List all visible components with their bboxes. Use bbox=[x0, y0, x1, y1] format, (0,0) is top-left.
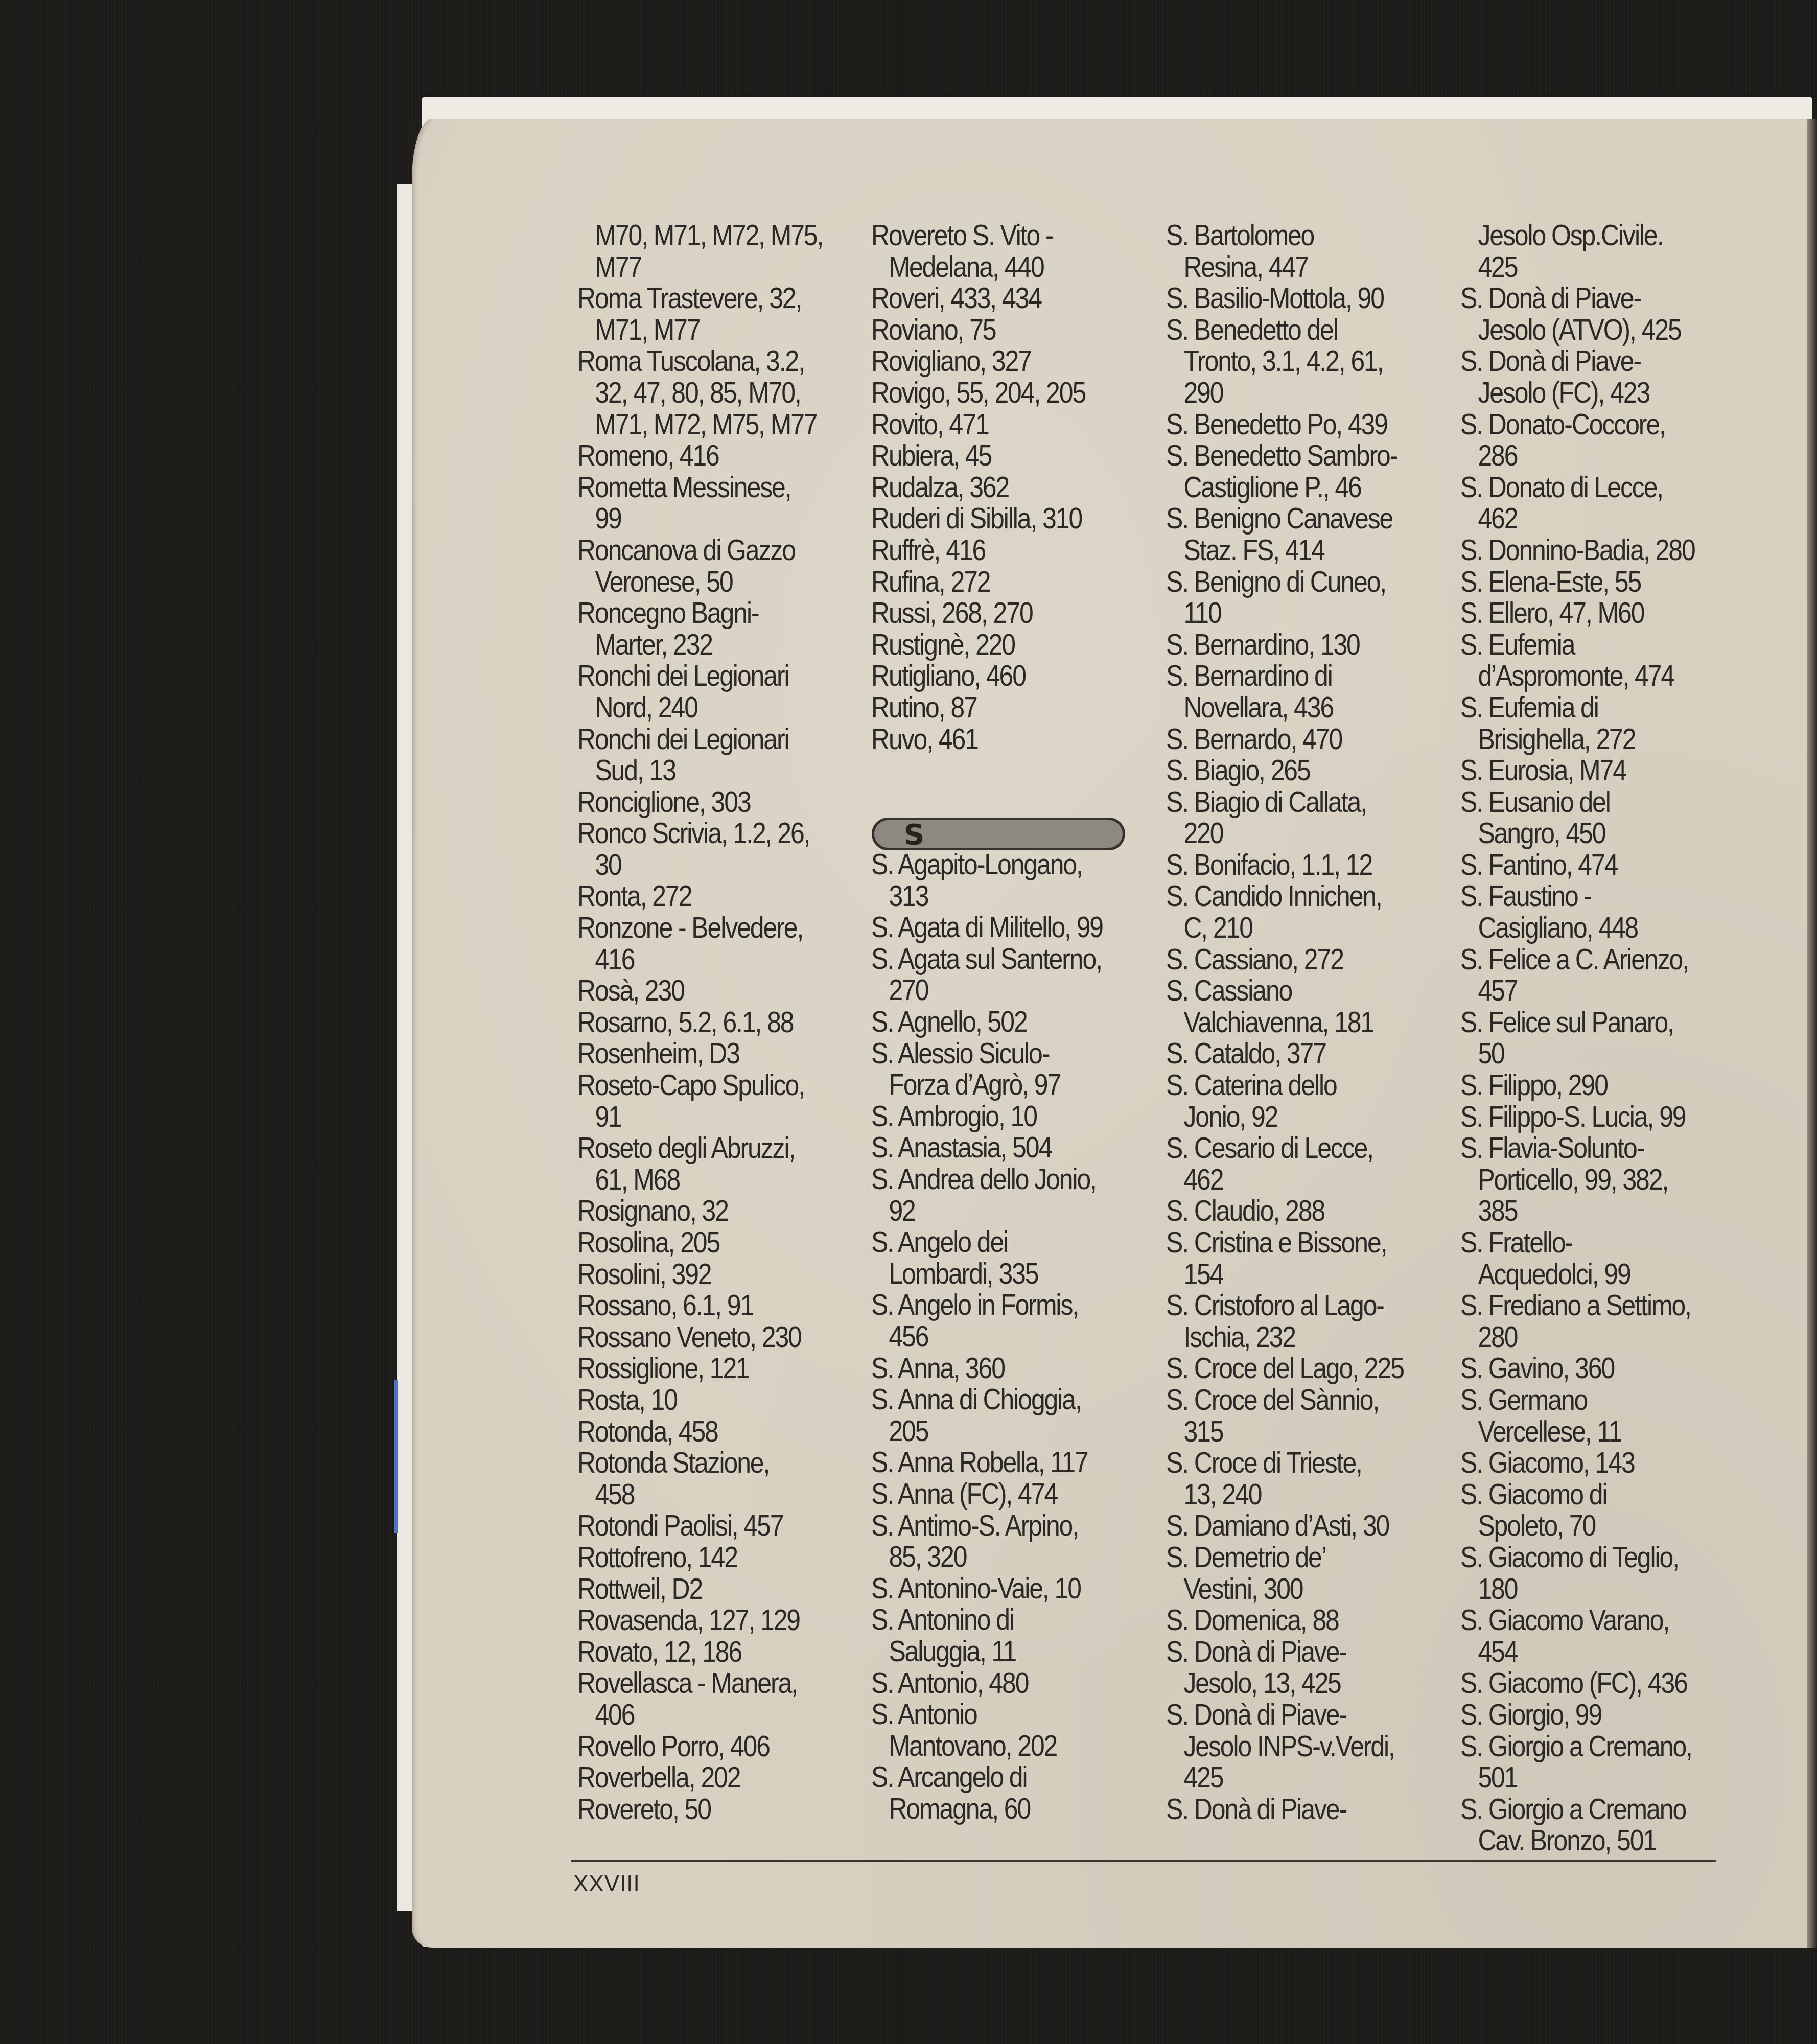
entry-name: S. Cristina e Bissone, bbox=[1166, 1227, 1412, 1259]
index-entry: S. Benedetto Sambro-Castiglione P., 46 bbox=[1166, 440, 1452, 503]
entry-name: S. Damiano d’Asti, 30 bbox=[1166, 1510, 1412, 1542]
index-entry: S. Ellero, 47, M60 bbox=[1460, 597, 1746, 629]
entry-continuation: C, 210 bbox=[1166, 912, 1412, 944]
entry-continuation: Brisighella, 272 bbox=[1460, 724, 1707, 755]
entry-name: S. Ambrogio, 10 bbox=[871, 1101, 1117, 1132]
entry-name: S. Eufemia di bbox=[1460, 692, 1707, 724]
index-entry: S. Benigno di Cuneo,110 bbox=[1166, 566, 1452, 629]
entry-name: S. Giacomo (FC), 436 bbox=[1460, 1667, 1707, 1699]
entry-name: S. Bernardino, 130 bbox=[1166, 629, 1412, 661]
index-entry: S. Giacomo, 143 bbox=[1460, 1447, 1746, 1479]
index-entry: Ronciglione, 303 bbox=[577, 786, 864, 818]
entry-name: S. Germano bbox=[1460, 1384, 1707, 1416]
index-entry: S. Candido Innichen,C, 210 bbox=[1166, 880, 1452, 943]
entry-name: S. Giacomo Varano, bbox=[1460, 1605, 1707, 1636]
entry-name: S. Croce del Lago, 225 bbox=[1166, 1353, 1412, 1384]
entry-name: Rossano, 6.1, 91 bbox=[577, 1290, 824, 1321]
index-entry: Rosolina, 205 bbox=[577, 1227, 864, 1259]
entry-name: S. Demetrio de’ bbox=[1166, 1542, 1412, 1573]
entry-name: S. Cristoforo al Lago- bbox=[1166, 1290, 1412, 1321]
entry-name: Rosta, 10 bbox=[577, 1384, 824, 1416]
entry-name: Rovigliano, 327 bbox=[871, 345, 1117, 377]
entry-continuation: 458 bbox=[577, 1479, 824, 1511]
index-entry: S. Alessio Siculo-Forza d’Agrò, 97 bbox=[871, 1038, 1157, 1101]
index-entry: Roma Tuscolana, 3.2,32, 47, 80, 85, M70,… bbox=[577, 345, 864, 440]
entry-name: Rossano Veneto, 230 bbox=[577, 1321, 824, 1353]
entry-name: S. Frediano a Settimo, bbox=[1460, 1290, 1707, 1321]
entry-continuation: M70, M71, M72, M75, bbox=[577, 220, 824, 251]
entry-continuation: 85, 320 bbox=[871, 1541, 1117, 1573]
index-entry: S. Cristina e Bissone,154 bbox=[1166, 1227, 1452, 1290]
entry-name: S. Benedetto Sambro- bbox=[1166, 440, 1412, 472]
index-entry: S. Fantino, 474 bbox=[1460, 849, 1746, 881]
index-entry: S. BartolomeoResina, 447 bbox=[1166, 220, 1452, 283]
index-entry: Rosenheim, D3 bbox=[577, 1038, 864, 1070]
entry-name: Rovasenda, 127, 129 bbox=[577, 1605, 824, 1636]
entry-name: S. Eusanio del bbox=[1460, 786, 1707, 818]
index-entry: S. Donà di Piave-Jesolo (FC), 423 bbox=[1460, 345, 1746, 408]
entry-name: Roncegno Bagni- bbox=[577, 597, 824, 629]
index-entry: S. Filippo-S. Lucia, 99 bbox=[1460, 1101, 1746, 1133]
entry-name: S. Anna (FC), 474 bbox=[871, 1478, 1117, 1510]
entry-continuation: M71, M77 bbox=[577, 314, 824, 346]
entry-continuation: Sud, 13 bbox=[577, 755, 824, 786]
index-entry: Rotonda Stazione,458 bbox=[577, 1447, 864, 1510]
entry-name: S. Antonino di bbox=[871, 1604, 1117, 1636]
index-entry: Ruffrè, 416 bbox=[871, 535, 1157, 566]
index-entry: S. Arcangelo diRomagna, 60 bbox=[871, 1761, 1157, 1824]
entry-name: Rudalza, 362 bbox=[871, 472, 1117, 503]
index-entry: Rovasenda, 127, 129 bbox=[577, 1605, 864, 1636]
entry-continuation: Jesolo (ATVO), 425 bbox=[1460, 314, 1707, 346]
entry-continuation: 286 bbox=[1460, 440, 1707, 472]
entry-name: S. Antonino-Vaie, 10 bbox=[871, 1573, 1117, 1605]
entry-name: Rutigliano, 460 bbox=[871, 660, 1117, 692]
entry-continuation: Spoleto, 70 bbox=[1460, 1510, 1707, 1542]
index-entry: S. Anna, 360 bbox=[871, 1353, 1157, 1384]
entry-name: S. Donà di Piave- bbox=[1460, 345, 1707, 377]
entry-name: Roncanova di Gazzo bbox=[577, 535, 824, 566]
index-entry: S. AntonioMantovano, 202 bbox=[871, 1699, 1157, 1761]
entry-continuation: 457 bbox=[1460, 975, 1707, 1007]
index-entry: S. Giacomo di Teglio,180 bbox=[1460, 1542, 1746, 1605]
index-entry: Ruvo, 461 bbox=[871, 724, 1157, 755]
entry-name: S. Angelo dei bbox=[871, 1226, 1117, 1258]
entry-continuation: 92 bbox=[871, 1195, 1117, 1227]
entry-continuation: 61, M68 bbox=[577, 1164, 824, 1196]
index-entry: S. Donà di Piave-Jesolo (ATVO), 425 bbox=[1460, 283, 1746, 345]
entry-continuation: Jonio, 92 bbox=[1166, 1101, 1412, 1133]
index-entry: Ronchi dei LegionariNord, 240 bbox=[577, 660, 864, 723]
index-entry: S. Biagio, 265 bbox=[1166, 755, 1452, 786]
entry-continuation: Jesolo Osp.Civile. bbox=[1460, 220, 1707, 251]
index-entry: S. Angelo in Formis,456 bbox=[871, 1289, 1157, 1352]
index-entry: S. Andrea dello Jonio,92 bbox=[871, 1164, 1157, 1226]
footer-rule bbox=[571, 1860, 1716, 1862]
entry-name: Roviano, 75 bbox=[871, 314, 1117, 346]
entry-continuation: 416 bbox=[577, 944, 824, 975]
index-entry: Ruderi di Sibilla, 310 bbox=[871, 503, 1157, 535]
index-entry: Roncanova di GazzoVeronese, 50 bbox=[577, 535, 864, 597]
entry-continuation: Lombardi, 335 bbox=[871, 1258, 1117, 1290]
entry-continuation: 270 bbox=[871, 974, 1117, 1006]
index-entry: S. Donà di Piave- bbox=[1166, 1794, 1452, 1825]
index-entry: Rubiera, 45 bbox=[871, 440, 1157, 472]
entry-name: Roseto degli Abruzzi, bbox=[577, 1132, 824, 1164]
index-entry: S. Antonino diSaluggia, 11 bbox=[871, 1604, 1157, 1667]
index-entry: S. Flavia-Solunto-Porticello, 99, 382,38… bbox=[1460, 1132, 1746, 1227]
index-entry: S. Bernardo, 470 bbox=[1166, 724, 1452, 755]
entry-name: Ronzone - Belvedere, bbox=[577, 912, 824, 944]
index-entry: S. Basilio-Mottola, 90 bbox=[1166, 283, 1452, 314]
entry-continuation: Veronese, 50 bbox=[577, 566, 824, 598]
entry-name: S. Biagio, 265 bbox=[1166, 755, 1412, 786]
entry-continuation: 110 bbox=[1166, 597, 1412, 629]
entry-name: S. Eufemia bbox=[1460, 629, 1707, 661]
entry-continuation: Acquedolci, 99 bbox=[1460, 1259, 1707, 1290]
entry-name: Romeno, 416 bbox=[577, 440, 824, 472]
entry-name: S. Andrea dello Jonio, bbox=[871, 1164, 1117, 1195]
index-entry: S. Bonifacio, 1.1, 12 bbox=[1166, 849, 1452, 881]
index-entry: S. Antimo-S. Arpino,85, 320 bbox=[871, 1510, 1157, 1573]
index-entry: Rovigo, 55, 204, 205 bbox=[871, 377, 1157, 409]
index-entry: Rotondi Paolisi, 457 bbox=[577, 1510, 864, 1542]
section-letter: S bbox=[904, 818, 924, 851]
entry-name: S. Agapito-Longano, bbox=[871, 849, 1117, 880]
entry-continuation: Tronto, 3.1, 4.2, 61, bbox=[1166, 345, 1412, 377]
index-entry: S. Demetrio de’Vestini, 300 bbox=[1166, 1542, 1452, 1605]
index-entry: Rosolini, 392 bbox=[577, 1259, 864, 1290]
index-entry: Rossano, 6.1, 91 bbox=[577, 1290, 864, 1321]
entry-name: S. Giacomo di bbox=[1460, 1479, 1707, 1511]
entry-name: Rutino, 87 bbox=[871, 692, 1117, 724]
entry-name: Rubiera, 45 bbox=[871, 440, 1117, 472]
entry-name: Rovereto S. Vito - bbox=[871, 220, 1117, 251]
index-entry: Rosta, 10 bbox=[577, 1384, 864, 1416]
entry-name: S. Fantino, 474 bbox=[1460, 849, 1707, 881]
entry-name: S. Donà di Piave- bbox=[1166, 1699, 1412, 1731]
entry-name: Rovello Porro, 406 bbox=[577, 1731, 824, 1762]
entry-name: Ruffrè, 416 bbox=[871, 535, 1117, 566]
entry-continuation: Nord, 240 bbox=[577, 692, 824, 724]
entry-continuation: 462 bbox=[1460, 503, 1707, 535]
entry-name: S. Elena-Este, 55 bbox=[1460, 566, 1707, 598]
index-entry: Rovito, 471 bbox=[871, 409, 1157, 440]
entry-continuation: M71, M72, M75, M77 bbox=[577, 409, 824, 440]
entry-name: Rotonda Stazione, bbox=[577, 1447, 824, 1479]
entry-name: S. Bartolomeo bbox=[1166, 220, 1412, 251]
entry-continuation: 180 bbox=[1460, 1573, 1707, 1605]
entry-name: S. Croce di Trieste, bbox=[1166, 1447, 1412, 1479]
entry-continuation: 456 bbox=[871, 1321, 1117, 1353]
index-entry: Roviano, 75 bbox=[871, 314, 1157, 346]
index-entry: Rufina, 272 bbox=[871, 566, 1157, 598]
index-entry: Rosignano, 32 bbox=[577, 1195, 864, 1227]
entry-continuation: Mantovano, 202 bbox=[871, 1730, 1117, 1762]
entry-continuation: Saluggia, 11 bbox=[871, 1636, 1117, 1667]
entry-name: S. Agata di Militello, 99 bbox=[871, 912, 1117, 943]
index-entry: Rosarno, 5.2, 6.1, 88 bbox=[577, 1007, 864, 1038]
entry-continuation: 154 bbox=[1166, 1259, 1412, 1290]
entry-name: S. Donnino-Badia, 280 bbox=[1460, 535, 1707, 566]
index-entry: S. Eufemiad’Aspromonte, 474 bbox=[1460, 629, 1746, 692]
entry-continuation: Jesolo INPS-v.Verdi, bbox=[1166, 1731, 1412, 1762]
entry-name: S. Giacomo di Teglio, bbox=[1460, 1542, 1707, 1573]
entry-name: S. Giorgio a Cremano, bbox=[1460, 1731, 1707, 1762]
index-entry: S. CassianoValchiavenna, 181 bbox=[1166, 975, 1452, 1038]
entry-continuation: Jesolo (FC), 423 bbox=[1460, 377, 1707, 409]
entry-continuation: 99 bbox=[577, 503, 824, 535]
entry-name: S. Fratello- bbox=[1460, 1227, 1707, 1259]
entry-continuation: Porticello, 99, 382, bbox=[1460, 1164, 1707, 1196]
index-entry: S. Donato di Lecce,462 bbox=[1460, 472, 1746, 535]
index-entry: S. Donato-Coccore,286 bbox=[1460, 409, 1746, 472]
entry-name: Rovato, 12, 186 bbox=[577, 1636, 824, 1668]
index-entry: S. Anna di Chioggia,205 bbox=[871, 1384, 1157, 1447]
index-entry: S. GermanoVercellese, 11 bbox=[1460, 1384, 1746, 1447]
entry-name: S. Cassiano bbox=[1166, 975, 1412, 1007]
entry-name: S. Anna Robella, 117 bbox=[871, 1447, 1117, 1478]
entry-continuation: Vercellese, 11 bbox=[1460, 1416, 1707, 1448]
entry-name: S. Antonio bbox=[871, 1699, 1117, 1730]
index-entry: Roveri, 433, 434 bbox=[871, 283, 1157, 314]
entry-name: Rustignè, 220 bbox=[871, 629, 1117, 661]
entry-name: S. Anna di Chioggia, bbox=[871, 1384, 1117, 1415]
entry-name: Ruderi di Sibilla, 310 bbox=[871, 503, 1117, 535]
index-entry: S. Anna Robella, 117 bbox=[871, 1447, 1157, 1478]
entry-name: S. Croce del Sànnio, bbox=[1166, 1384, 1412, 1416]
entry-name: S. Giorgio a Cremano bbox=[1460, 1794, 1707, 1825]
index-entry: S. Agata di Militello, 99 bbox=[871, 912, 1157, 943]
index-entry: S. Donà di Piave-Jesolo, 13, 425 bbox=[1166, 1636, 1452, 1699]
entry-name: S. Bernardino di bbox=[1166, 660, 1412, 692]
entry-name: S. Antimo-S. Arpino, bbox=[871, 1510, 1117, 1542]
entry-continuation: 13, 240 bbox=[1166, 1479, 1412, 1511]
entry-name: S. Bernardo, 470 bbox=[1166, 724, 1412, 755]
index-entry: Rudalza, 362 bbox=[871, 472, 1157, 503]
entry-name: Rovereto, 50 bbox=[577, 1794, 824, 1825]
index-entry: Rovello Porro, 406 bbox=[577, 1731, 864, 1762]
index-entry: M70, M71, M72, M75,M77 bbox=[577, 220, 864, 283]
entry-name: S. Alessio Siculo- bbox=[871, 1038, 1117, 1070]
entry-name: S. Basilio-Mottola, 90 bbox=[1166, 283, 1412, 314]
entry-name: Rosolini, 392 bbox=[577, 1259, 824, 1290]
entry-name: S. Cassiano, 272 bbox=[1166, 944, 1412, 975]
index-entry: S. Elena-Este, 55 bbox=[1460, 566, 1746, 598]
entry-name: Roveri, 433, 434 bbox=[871, 283, 1117, 314]
index-entry: S. Anna (FC), 474 bbox=[871, 1478, 1157, 1510]
entry-name: Ronco Scrivia, 1.2, 26, bbox=[577, 818, 824, 849]
entry-continuation: Romagna, 60 bbox=[871, 1793, 1117, 1825]
index-entry: Rovigliano, 327 bbox=[871, 345, 1157, 377]
index-entry: Roseto degli Abruzzi,61, M68 bbox=[577, 1132, 864, 1195]
index-entry: S. Donnino-Badia, 280 bbox=[1460, 535, 1746, 566]
entry-continuation: d’Aspromonte, 474 bbox=[1460, 660, 1707, 692]
index-column-2: Rovereto S. Vito -Medelana, 440Roveri, 4… bbox=[871, 220, 1157, 1825]
entry-name: S. Anna, 360 bbox=[871, 1353, 1117, 1384]
entry-name: S. Filippo-S. Lucia, 99 bbox=[1460, 1101, 1707, 1133]
index-entry: Ronco Scrivia, 1.2, 26,30 bbox=[577, 818, 864, 880]
entry-name: Ruvo, 461 bbox=[871, 724, 1117, 755]
entry-continuation: 454 bbox=[1460, 1636, 1707, 1668]
entry-name: S. Benedetto Po, 439 bbox=[1166, 409, 1412, 440]
entry-name: Rosolina, 205 bbox=[577, 1227, 824, 1259]
entry-name: Rottofreno, 142 bbox=[577, 1542, 824, 1573]
index-entry: S. Anastasia, 504 bbox=[871, 1132, 1157, 1164]
section-header-s: S bbox=[872, 818, 1125, 850]
index-entry: S. Benedetto Po, 439 bbox=[1166, 409, 1452, 440]
entry-name: Roverbella, 202 bbox=[577, 1762, 824, 1794]
entry-continuation: Castiglione P., 46 bbox=[1166, 472, 1412, 503]
entry-continuation: M77 bbox=[577, 251, 824, 283]
index-entry: S. Domenica, 88 bbox=[1166, 1605, 1452, 1636]
entry-name: Rosà, 230 bbox=[577, 975, 824, 1007]
index-entry: S. Croce del Lago, 225 bbox=[1166, 1353, 1452, 1384]
entry-name: S. Gavino, 360 bbox=[1460, 1353, 1707, 1384]
entry-name: Rotonda, 458 bbox=[577, 1416, 824, 1448]
entry-name: S. Agata sul Santerno, bbox=[871, 943, 1117, 975]
entry-name: S. Donà di Piave- bbox=[1166, 1636, 1412, 1668]
index-entry: S. Damiano d’Asti, 30 bbox=[1166, 1510, 1452, 1542]
entry-name: S. Caterina dello bbox=[1166, 1070, 1412, 1101]
entry-name: Ronchi dei Legionari bbox=[577, 724, 824, 755]
index-entry: Jesolo Osp.Civile.425 bbox=[1460, 220, 1746, 283]
entry-name: Rotondi Paolisi, 457 bbox=[577, 1510, 824, 1542]
entry-name: S. Agnello, 502 bbox=[871, 1006, 1117, 1038]
entry-name: S. Eurosia, M74 bbox=[1460, 755, 1707, 786]
entry-name: Russi, 268, 270 bbox=[871, 597, 1117, 629]
index-entry: S. Felice sul Panaro,50 bbox=[1460, 1007, 1746, 1070]
index-entry: S. Angelo deiLombardi, 335 bbox=[871, 1226, 1157, 1289]
entry-continuation: Vestini, 300 bbox=[1166, 1573, 1412, 1605]
index-entry: S. Faustino -Casigliano, 448 bbox=[1460, 880, 1746, 943]
index-entry: Rometta Messinese,99 bbox=[577, 472, 864, 535]
index-entry: S. Frediano a Settimo,280 bbox=[1460, 1290, 1746, 1353]
entry-name: S. Claudio, 288 bbox=[1166, 1195, 1412, 1227]
index-entry: Romeno, 416 bbox=[577, 440, 864, 472]
entry-name: S. Cataldo, 377 bbox=[1166, 1038, 1412, 1070]
entry-name: S. Benigno di Cuneo, bbox=[1166, 566, 1412, 598]
index-entry: S. Agapito-Longano,313 bbox=[871, 849, 1157, 912]
entry-name: Ronciglione, 303 bbox=[577, 786, 824, 818]
index-entry: S. Giacomo diSpoleto, 70 bbox=[1460, 1479, 1746, 1542]
entry-name: S. Donato di Lecce, bbox=[1460, 472, 1707, 503]
entry-continuation: Valchiavenna, 181 bbox=[1166, 1007, 1412, 1038]
index-entry: S. Felice a C. Arienzo,457 bbox=[1460, 944, 1746, 1007]
entry-name: Rottweil, D2 bbox=[577, 1573, 824, 1605]
entry-name: Roma Tuscolana, 3.2, bbox=[577, 345, 824, 377]
index-entry: Rutino, 87 bbox=[871, 692, 1157, 724]
index-entry: Rossano Veneto, 230 bbox=[577, 1321, 864, 1353]
entry-name: S. Benigno Canavese bbox=[1166, 503, 1412, 535]
index-entry: Roverbella, 202 bbox=[577, 1762, 864, 1794]
entry-continuation: Staz. FS, 414 bbox=[1166, 535, 1412, 566]
entry-name: Ronchi dei Legionari bbox=[577, 660, 824, 692]
entry-name: S. Angelo in Formis, bbox=[871, 1289, 1117, 1321]
entry-continuation: 280 bbox=[1460, 1321, 1707, 1353]
entry-name: S. Arcangelo di bbox=[871, 1761, 1117, 1793]
entry-continuation: 205 bbox=[871, 1415, 1117, 1447]
index-entry: Rustignè, 220 bbox=[871, 629, 1157, 661]
entry-name: Rovellasca - Manera, bbox=[577, 1667, 824, 1699]
index-entry: Ronzone - Belvedere,416 bbox=[577, 912, 864, 975]
entry-name: S. Faustino - bbox=[1460, 880, 1707, 912]
entry-name: Ronta, 272 bbox=[577, 880, 824, 912]
index-entry: S. Bernardino diNovellara, 436 bbox=[1166, 660, 1452, 723]
entry-continuation: 290 bbox=[1166, 377, 1412, 409]
index-entry: S. Giacomo Varano,454 bbox=[1460, 1605, 1746, 1667]
entry-name: Rufina, 272 bbox=[871, 566, 1117, 598]
index-entry: S. Eurosia, M74 bbox=[1460, 755, 1746, 786]
entry-continuation: 91 bbox=[577, 1101, 824, 1133]
entry-continuation: 406 bbox=[577, 1699, 824, 1731]
index-entry: Rosà, 230 bbox=[577, 975, 864, 1007]
page-number: XXVIII bbox=[573, 1871, 640, 1897]
entry-continuation: 50 bbox=[1460, 1038, 1707, 1070]
entry-name: S. Bonifacio, 1.1, 12 bbox=[1166, 849, 1412, 881]
entry-name: S. Antonio, 480 bbox=[871, 1667, 1117, 1699]
entry-continuation: 30 bbox=[577, 849, 824, 881]
entry-name: Rosenheim, D3 bbox=[577, 1038, 824, 1070]
index-entry: S. Eusanio delSangro, 450 bbox=[1460, 786, 1746, 849]
index-entry: Rotonda, 458 bbox=[577, 1416, 864, 1448]
entry-name: Rovito, 471 bbox=[871, 409, 1117, 440]
index-entry: Rovellasca - Manera,406 bbox=[577, 1667, 864, 1730]
index-entry: S. Bernardino, 130 bbox=[1166, 629, 1452, 661]
entry-name: S. Donà di Piave- bbox=[1166, 1794, 1412, 1825]
index-entry: S. Agnello, 502 bbox=[871, 1006, 1157, 1038]
entry-continuation: Sangro, 450 bbox=[1460, 818, 1707, 849]
index-entry: S. Ambrogio, 10 bbox=[871, 1101, 1157, 1132]
index-entry: Rovereto S. Vito -Medelana, 440 bbox=[871, 220, 1157, 283]
entry-name: S. Filippo, 290 bbox=[1460, 1070, 1707, 1101]
entry-name: S. Donà di Piave- bbox=[1460, 283, 1707, 314]
index-entry: S. Cesario di Lecce,462 bbox=[1166, 1132, 1452, 1195]
index-entry: Roseto-Capo Spulico,91 bbox=[577, 1070, 864, 1132]
blue-page-edge bbox=[394, 1380, 398, 1533]
entry-name: Rosarno, 5.2, 6.1, 88 bbox=[577, 1007, 824, 1038]
index-entry: Roma Trastevere, 32,M71, M77 bbox=[577, 283, 864, 345]
entry-continuation: 315 bbox=[1166, 1416, 1412, 1448]
index-entry: Rottofreno, 142 bbox=[577, 1542, 864, 1573]
index-entry: S. Caterina delloJonio, 92 bbox=[1166, 1070, 1452, 1132]
entry-name: S. Donato-Coccore, bbox=[1460, 409, 1707, 440]
entry-continuation: Medelana, 440 bbox=[871, 251, 1117, 283]
index-entry: Rovereto, 50 bbox=[577, 1794, 864, 1825]
index-entry: Ronta, 272 bbox=[577, 880, 864, 912]
entry-name: S. Giorgio, 99 bbox=[1460, 1699, 1707, 1731]
entry-continuation: Resina, 447 bbox=[1166, 251, 1412, 283]
index-entry: S. Giacomo (FC), 436 bbox=[1460, 1667, 1746, 1699]
entry-continuation: Jesolo, 13, 425 bbox=[1166, 1667, 1412, 1699]
index-entry: S. Antonio, 480 bbox=[871, 1667, 1157, 1699]
entry-continuation: 501 bbox=[1460, 1762, 1707, 1794]
entry-name: S. Biagio di Callata, bbox=[1166, 786, 1412, 818]
entry-continuation: 385 bbox=[1460, 1195, 1707, 1227]
entry-continuation: Casigliano, 448 bbox=[1460, 912, 1707, 944]
entry-name: S. Flavia-Solunto- bbox=[1460, 1132, 1707, 1164]
index-entry: S. Cassiano, 272 bbox=[1166, 944, 1452, 975]
index-entry: S. Biagio di Callata,220 bbox=[1166, 786, 1452, 849]
index-entry: Russi, 268, 270 bbox=[871, 597, 1157, 629]
index-entry: Rottweil, D2 bbox=[577, 1573, 864, 1605]
entry-name: S. Giacomo, 143 bbox=[1460, 1447, 1707, 1479]
entry-name: S. Candido Innichen, bbox=[1166, 880, 1412, 912]
entry-continuation: 32, 47, 80, 85, M70, bbox=[577, 377, 824, 409]
entry-continuation: Forza d’Agrò, 97 bbox=[871, 1069, 1117, 1101]
entry-continuation: 313 bbox=[871, 880, 1117, 912]
entry-name: S. Ellero, 47, M60 bbox=[1460, 597, 1707, 629]
